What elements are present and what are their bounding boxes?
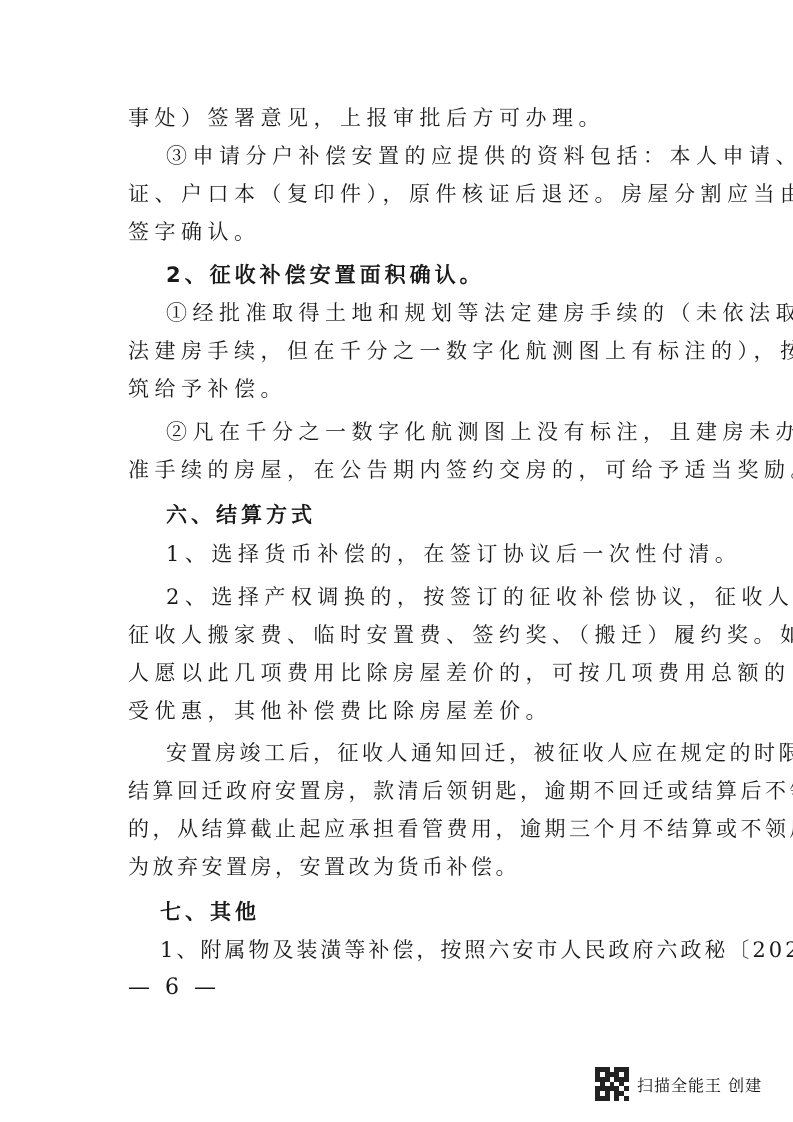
qr-code-icon bbox=[595, 1067, 629, 1101]
text-line: 征收人搬家费、临时安置费、签约奖、（搬迁）履约奖。如被征收 bbox=[128, 622, 684, 648]
section-heading: 2、征收补偿安置面积确认。 bbox=[166, 262, 684, 288]
text-line: 的，从结算截止起应承担看管费用，逾期三个月不结算或不领房视 bbox=[128, 816, 684, 842]
text-line: 2、选择产权调换的，按签订的征收补偿协议，征收人付给被 bbox=[166, 584, 684, 610]
text-line: 为放弃安置房，安置改为货币补偿。 bbox=[128, 854, 684, 880]
text-line: ①经批准取得土地和规划等法定建房手续的（未依法取得合 bbox=[166, 300, 684, 326]
text-line: 准手续的房屋，在公告期内签约交房的，可给予适当奖励。 bbox=[128, 457, 684, 483]
document-page: 事处）签署意见，上报审批后方可办理。 ③申请分户补偿安置的应提供的资料包括：本人… bbox=[0, 0, 793, 1122]
text-line: 1、选择货币补偿的，在签订协议后一次性付清。 bbox=[166, 541, 684, 567]
text-line: ③申请分户补偿安置的应提供的资料包括：本人申请、身份 bbox=[166, 143, 684, 169]
text-line: 筑给予补偿。 bbox=[128, 376, 684, 402]
section-heading: 七、其他 bbox=[160, 899, 678, 925]
text-line: 事处）签署意见，上报审批后方可办理。 bbox=[128, 105, 684, 131]
text-line: 受优惠，其他补偿费比除房屋差价。 bbox=[128, 698, 684, 724]
scanner-watermark: 扫描全能王 创建 bbox=[595, 1067, 762, 1101]
text-line: 结算回迁政府安置房，款清后领钥匙，逾期不回迁或结算后不领房 bbox=[128, 778, 684, 804]
text-line: 人愿以此几项费用比除房屋差价的，可按几项费用总额的 8％享 bbox=[128, 660, 684, 686]
text-line: ②凡在千分之一数字化航测图上没有标注，且建房未办理批 bbox=[166, 419, 684, 445]
text-line: 证、户口本（复印件），原件核证后退还。房屋分割应当由当事人 bbox=[128, 181, 684, 207]
text-line: 1、附属物及装潢等补偿，按照六安市人民政府六政秘〔2020〕 bbox=[160, 937, 678, 963]
text-line: 法建房手续，但在千分之一数字化航测图上有标注的），按合法建 bbox=[128, 338, 684, 364]
section-heading: 六、结算方式 bbox=[166, 502, 684, 528]
text-line: 安置房竣工后，征收人通知回迁，被征收人应在规定的时限内 bbox=[166, 740, 684, 766]
page-number: — 6 — bbox=[128, 975, 220, 1000]
text-line: 签字确认。 bbox=[128, 219, 684, 245]
watermark-text: 扫描全能王 创建 bbox=[637, 1073, 762, 1096]
